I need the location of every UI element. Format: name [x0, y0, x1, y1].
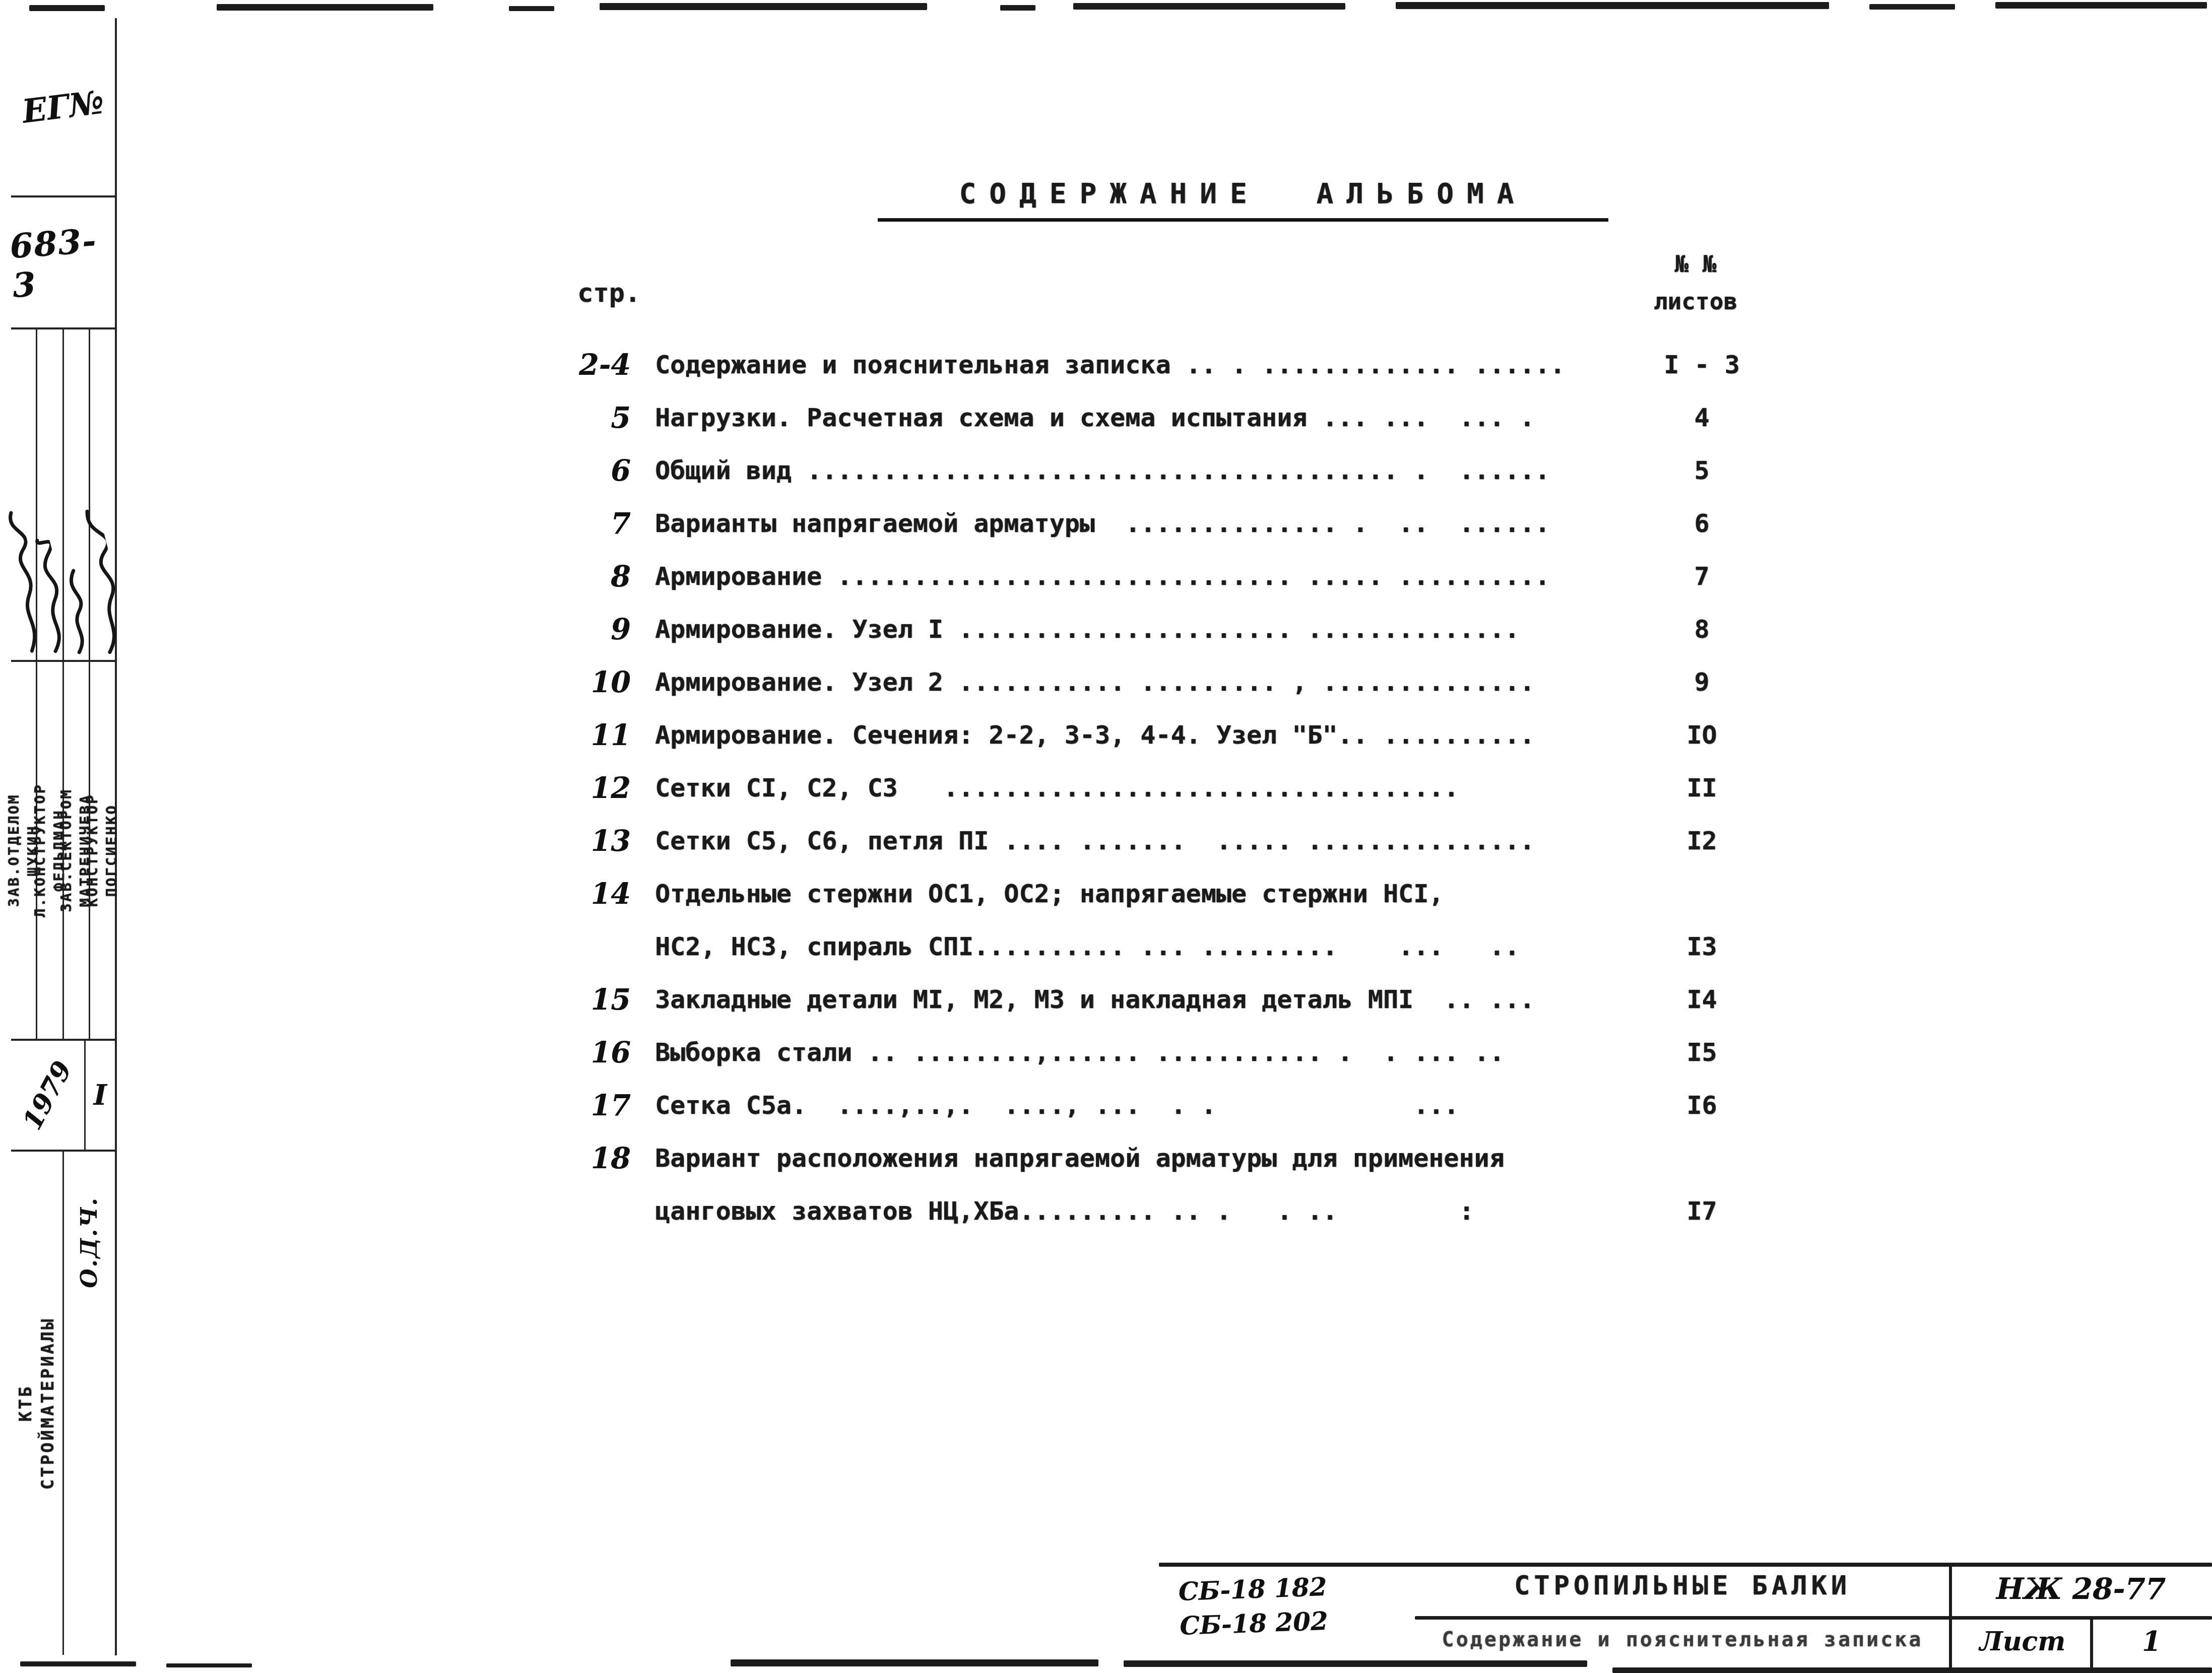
toc-row: 14 Отдельные стержни ОС1, ОС2; напрягаем… — [547, 867, 1766, 973]
stamp-doc-number: 683-3 — [9, 220, 117, 305]
toc-entry-line: Отдельные стержни ОС1, ОС2; напрягаемые … — [655, 867, 1638, 920]
toc-entry-text: Армирование. Сечения: 2-2, 3-3, 4-4. Узе… — [655, 709, 1638, 762]
signature-cell — [11, 329, 36, 660]
toc-page-number: 15 — [547, 973, 655, 1026]
toc-entry-text: Нагрузки. Расчетная схема и схема испыта… — [655, 391, 1638, 444]
toc-entry-line: Вариант расположения напрягаемой арматур… — [655, 1132, 1638, 1185]
toc-sheet-number: I7 — [1638, 1185, 1766, 1238]
toc-sheet-number: I4 — [1638, 973, 1766, 1026]
stamp-doc-number-cell: 683-3 — [11, 197, 115, 329]
stamp-organization-cell: КТБ СТРОЙМАТЕРИАЛЫ — [11, 1152, 62, 1655]
toc-sheet-number: I2 — [1638, 815, 1766, 867]
toc-row: 6 Общий вид ............................… — [547, 444, 1766, 497]
toc-entry-text: Сетки СI, С2, С3 .......................… — [655, 762, 1638, 815]
toc-page-number: 5 — [547, 391, 655, 444]
toc-page-number: 16 — [547, 1026, 655, 1079]
toc-row: 8 Армирование ..........................… — [547, 550, 1766, 603]
page-border-top-segment — [29, 5, 105, 11]
toc-entry-line: цанговых захватов НЦ,ХБа......... .. . .… — [655, 1185, 1638, 1238]
page-border-top-segment — [1000, 5, 1035, 11]
toc-entry-text: Общий вид ..............................… — [655, 444, 1638, 497]
toc-sheet-number: 8 — [1638, 603, 1766, 656]
toc-entry-line: Армирование. Сечения: 2-2, 3-3, 4-4. Узе… — [655, 709, 1638, 762]
toc-rows: 2-4 Содержание и пояснительная записка .… — [547, 339, 1766, 1238]
stamp-org-line: КТБ — [15, 1317, 37, 1490]
toc-page-number: 12 — [547, 762, 655, 815]
page-border-bottom-segment — [1612, 1667, 2212, 1673]
toc-entry-line: Армирование ............................… — [655, 550, 1638, 603]
toc-entry-text: Закладные детали МI, М2, МЗ и накладная … — [655, 973, 1638, 1026]
column-header-sheets: № № листов — [1620, 246, 1771, 320]
toc-entry-line: Сетки С5, С6, петля ПI .... ....... ....… — [655, 815, 1638, 867]
title-block-project-title: СТРОПИЛЬНЫЕ БАЛКИ — [1416, 1571, 1949, 1601]
page-border-top-segment — [1073, 3, 1345, 10]
toc-page-number: 18 — [547, 1132, 655, 1185]
toc-row: 18 Вариант расположения напрягаемой арма… — [547, 1132, 1766, 1238]
toc-page-number: 17 — [547, 1079, 655, 1132]
stamp-role-title: КОНСТРУКТОР — [84, 793, 103, 907]
toc-sheet-number: 9 — [1638, 656, 1766, 709]
toc-entry-text: Армирование. Узел I ....................… — [655, 603, 1638, 656]
toc-row: 5 Нагрузки. Расчетная схема и схема испы… — [547, 391, 1766, 444]
toc-entry-text: Сетка С5а. ....,..,. ...., ... . . ... — [655, 1079, 1638, 1132]
column-header-sheets-line1: № № — [1620, 246, 1771, 283]
page-border-top-segment — [217, 4, 433, 11]
page-border-bottom-segment — [1124, 1660, 1587, 1667]
column-header-sheets-line2: листов — [1620, 283, 1771, 320]
stamp-department-cell: О.Д.Ч. — [62, 1152, 115, 1655]
toc-row: 16 Выборка стали .. ........,...... ....… — [547, 1026, 1766, 1079]
toc-page-number: 14 — [547, 867, 655, 920]
scanned-document-page: { "page": { "title": "СОДЕРЖАНИЕ АЛЬБОМА… — [0, 0, 2212, 1673]
stamp-department: О.Д.Ч. — [76, 1196, 103, 1288]
title-block-top-border — [1159, 1563, 2212, 1567]
toc-entry-text: Выборка стали .. ........,...... .......… — [655, 1026, 1638, 1079]
toc-row: 10 Армирование. Узел 2 ........... .....… — [547, 656, 1766, 709]
title-block-sheet-label: Лист — [1955, 1626, 2090, 1657]
drawing-form-stamp-strip: ЕГ№ 683-3 ЗАВ.ОТДЕЛОМЩУКИНЛ.КОНСТРУКТОРФ… — [11, 18, 117, 1655]
toc-entry-text: Сетки С5, С6, петля ПI .... ....... ....… — [655, 815, 1638, 867]
stamp-organization-band: КТБ СТРОЙМАТЕРИАЛЫ О.Д.Ч. — [11, 1152, 115, 1655]
stamp-year-band: 1979 I — [11, 1041, 115, 1152]
toc-sheet-number: 5 — [1638, 444, 1766, 497]
stamp-role-title: ЗАВ.СЕКТОРОМ — [57, 788, 76, 912]
toc-page-number: 2-4 — [547, 339, 655, 391]
column-header-page: стр. — [577, 278, 640, 308]
toc-page-number: 11 — [547, 709, 655, 762]
toc-page-number: 10 — [547, 656, 655, 709]
stamp-org-line: СТРОЙМАТЕРИАЛЫ — [37, 1317, 59, 1490]
stamp-year-cell: 1979 — [11, 1041, 84, 1150]
title-block-handwritten-codes: СБ-18 182 СБ-18 202 — [1178, 1567, 1412, 1643]
toc-sheet-number: I3 — [1638, 920, 1766, 973]
toc-sheet-number: I6 — [1638, 1079, 1766, 1132]
toc-sheet-number: IO — [1638, 709, 1766, 762]
stamp-year: 1979 — [17, 1056, 78, 1134]
stamp-doc-number-label: ЕГ№ — [20, 83, 106, 130]
toc-row: 17 Сетка С5а. ....,..,. ...., ... . . ..… — [547, 1079, 1766, 1132]
stamp-sheet-mark-cell: I — [84, 1041, 115, 1150]
toc-entry-line: Общий вид ..............................… — [655, 444, 1638, 497]
toc-entry-line: Сетки СI, С2, С3 .......................… — [655, 762, 1638, 815]
page-title: СОДЕРЖАНИЕ АЛЬБОМА — [878, 177, 1608, 222]
toc-entry-line: НС2, НС3, спираль СПI.......... ... ....… — [655, 920, 1638, 973]
page-border-top-segment — [509, 6, 554, 11]
stamp-role-title: ЗАВ.ОТДЕЛОМ — [5, 793, 24, 907]
toc-sheet-number: II — [1638, 762, 1766, 815]
stamp-signatures-band — [11, 329, 115, 662]
stamp-role-text: КОНСТРУКТОРПОГСИЕНКО — [84, 793, 121, 907]
stamp-role-cell: КОНСТРУКТОРПОГСИЕНКО — [89, 662, 115, 1039]
title-block-document-code: НЖ 28-77 — [1955, 1572, 2207, 1606]
toc-page-number: 13 — [547, 815, 655, 867]
toc-entry-line: Сетка С5а. ....,..,. ...., ... . . ... — [655, 1079, 1638, 1132]
page-border-top-segment — [600, 3, 927, 10]
toc-entry-text: Отдельные стержни ОС1, ОС2; напрягаемые … — [655, 867, 1638, 973]
toc-page-number: 9 — [547, 603, 655, 656]
stamp-sheet-mark: I — [94, 1079, 107, 1112]
signature-cell — [89, 329, 115, 660]
toc-entry-text: Армирование ............................… — [655, 550, 1638, 603]
toc-page-number: 6 — [547, 444, 655, 497]
toc-row: 7 Варианты напрягаемой арматуры ........… — [547, 497, 1766, 550]
stamp-names-band: ЗАВ.ОТДЕЛОМЩУКИНЛ.КОНСТРУКТОРФЕЛЬДМАНЗАВ… — [11, 662, 115, 1041]
page-border-top-segment — [1995, 2, 2207, 9]
title-block-subtitle: Содержание и пояснительная записка — [1416, 1628, 1949, 1651]
toc-entry-text: Армирование. Узел 2 ........... ........… — [655, 656, 1638, 709]
stamp-role-name: ПОГСИЕНКО — [102, 793, 121, 907]
toc-row: 2-4 Содержание и пояснительная записка .… — [547, 339, 1766, 391]
toc-sheet-number: I5 — [1638, 1026, 1766, 1079]
page-border-top-segment — [1869, 4, 1955, 10]
toc-entry-line: Закладные детали МI, М2, МЗ и накладная … — [655, 973, 1638, 1026]
toc-sheet-number: 4 — [1638, 391, 1766, 444]
toc-row: 15 Закладные детали МI, М2, МЗ и накладн… — [547, 973, 1766, 1026]
toc-entry-text: Содержание и пояснительная записка .. . … — [655, 339, 1638, 391]
toc-entry-line: Армирование. Узел I ....................… — [655, 603, 1638, 656]
toc-entry-line: Содержание и пояснительная записка .. . … — [655, 339, 1638, 391]
stamp-doc-number-label-cell: ЕГ№ — [11, 18, 115, 197]
page-border-top-segment — [1396, 2, 1829, 9]
toc-sheet-number: 6 — [1638, 497, 1766, 550]
toc-row: 12 Сетки СI, С2, С3 ....................… — [547, 762, 1766, 815]
toc-entry-line: Нагрузки. Расчетная схема и схема испыта… — [655, 391, 1638, 444]
toc-sheet-number: 7 — [1638, 550, 1766, 603]
title-block-divider — [2090, 1618, 2093, 1673]
page-border-bottom-segment — [20, 1661, 136, 1666]
stamp-organization-name: КТБ СТРОЙМАТЕРИАЛЫ — [15, 1317, 59, 1490]
toc-row: 11 Армирование. Сечения: 2-2, 3-3, 4-4. … — [547, 709, 1766, 762]
title-block-sheet-value: 1 — [2096, 1625, 2207, 1657]
page-border-bottom-segment — [731, 1659, 1098, 1666]
toc-entry-line: Армирование. Узел 2 ........... ........… — [655, 656, 1638, 709]
toc-entry-line: Выборка стали .. ........,...... .......… — [655, 1026, 1638, 1079]
toc-entry-text: Вариант расположения напрягаемой арматур… — [655, 1132, 1638, 1238]
signature-cell — [62, 329, 89, 660]
page-border-bottom-segment — [166, 1663, 252, 1667]
toc-page-number: 7 — [547, 497, 655, 550]
toc-sheet-number: I - 3 — [1638, 339, 1766, 391]
toc-row: 9 Армирование. Узел I ..................… — [547, 603, 1766, 656]
signature-cell — [36, 329, 62, 660]
toc-row: 13 Сетки С5, С6, петля ПI .... ....... .… — [547, 815, 1766, 867]
toc-entry-text: Варианты напрягаемой арматуры ..........… — [655, 497, 1638, 550]
toc-entry-line: Варианты напрягаемой арматуры ..........… — [655, 497, 1638, 550]
toc-page-number: 8 — [547, 550, 655, 603]
stamp-role-title: Л.КОНСТРУКТОР — [31, 783, 50, 917]
